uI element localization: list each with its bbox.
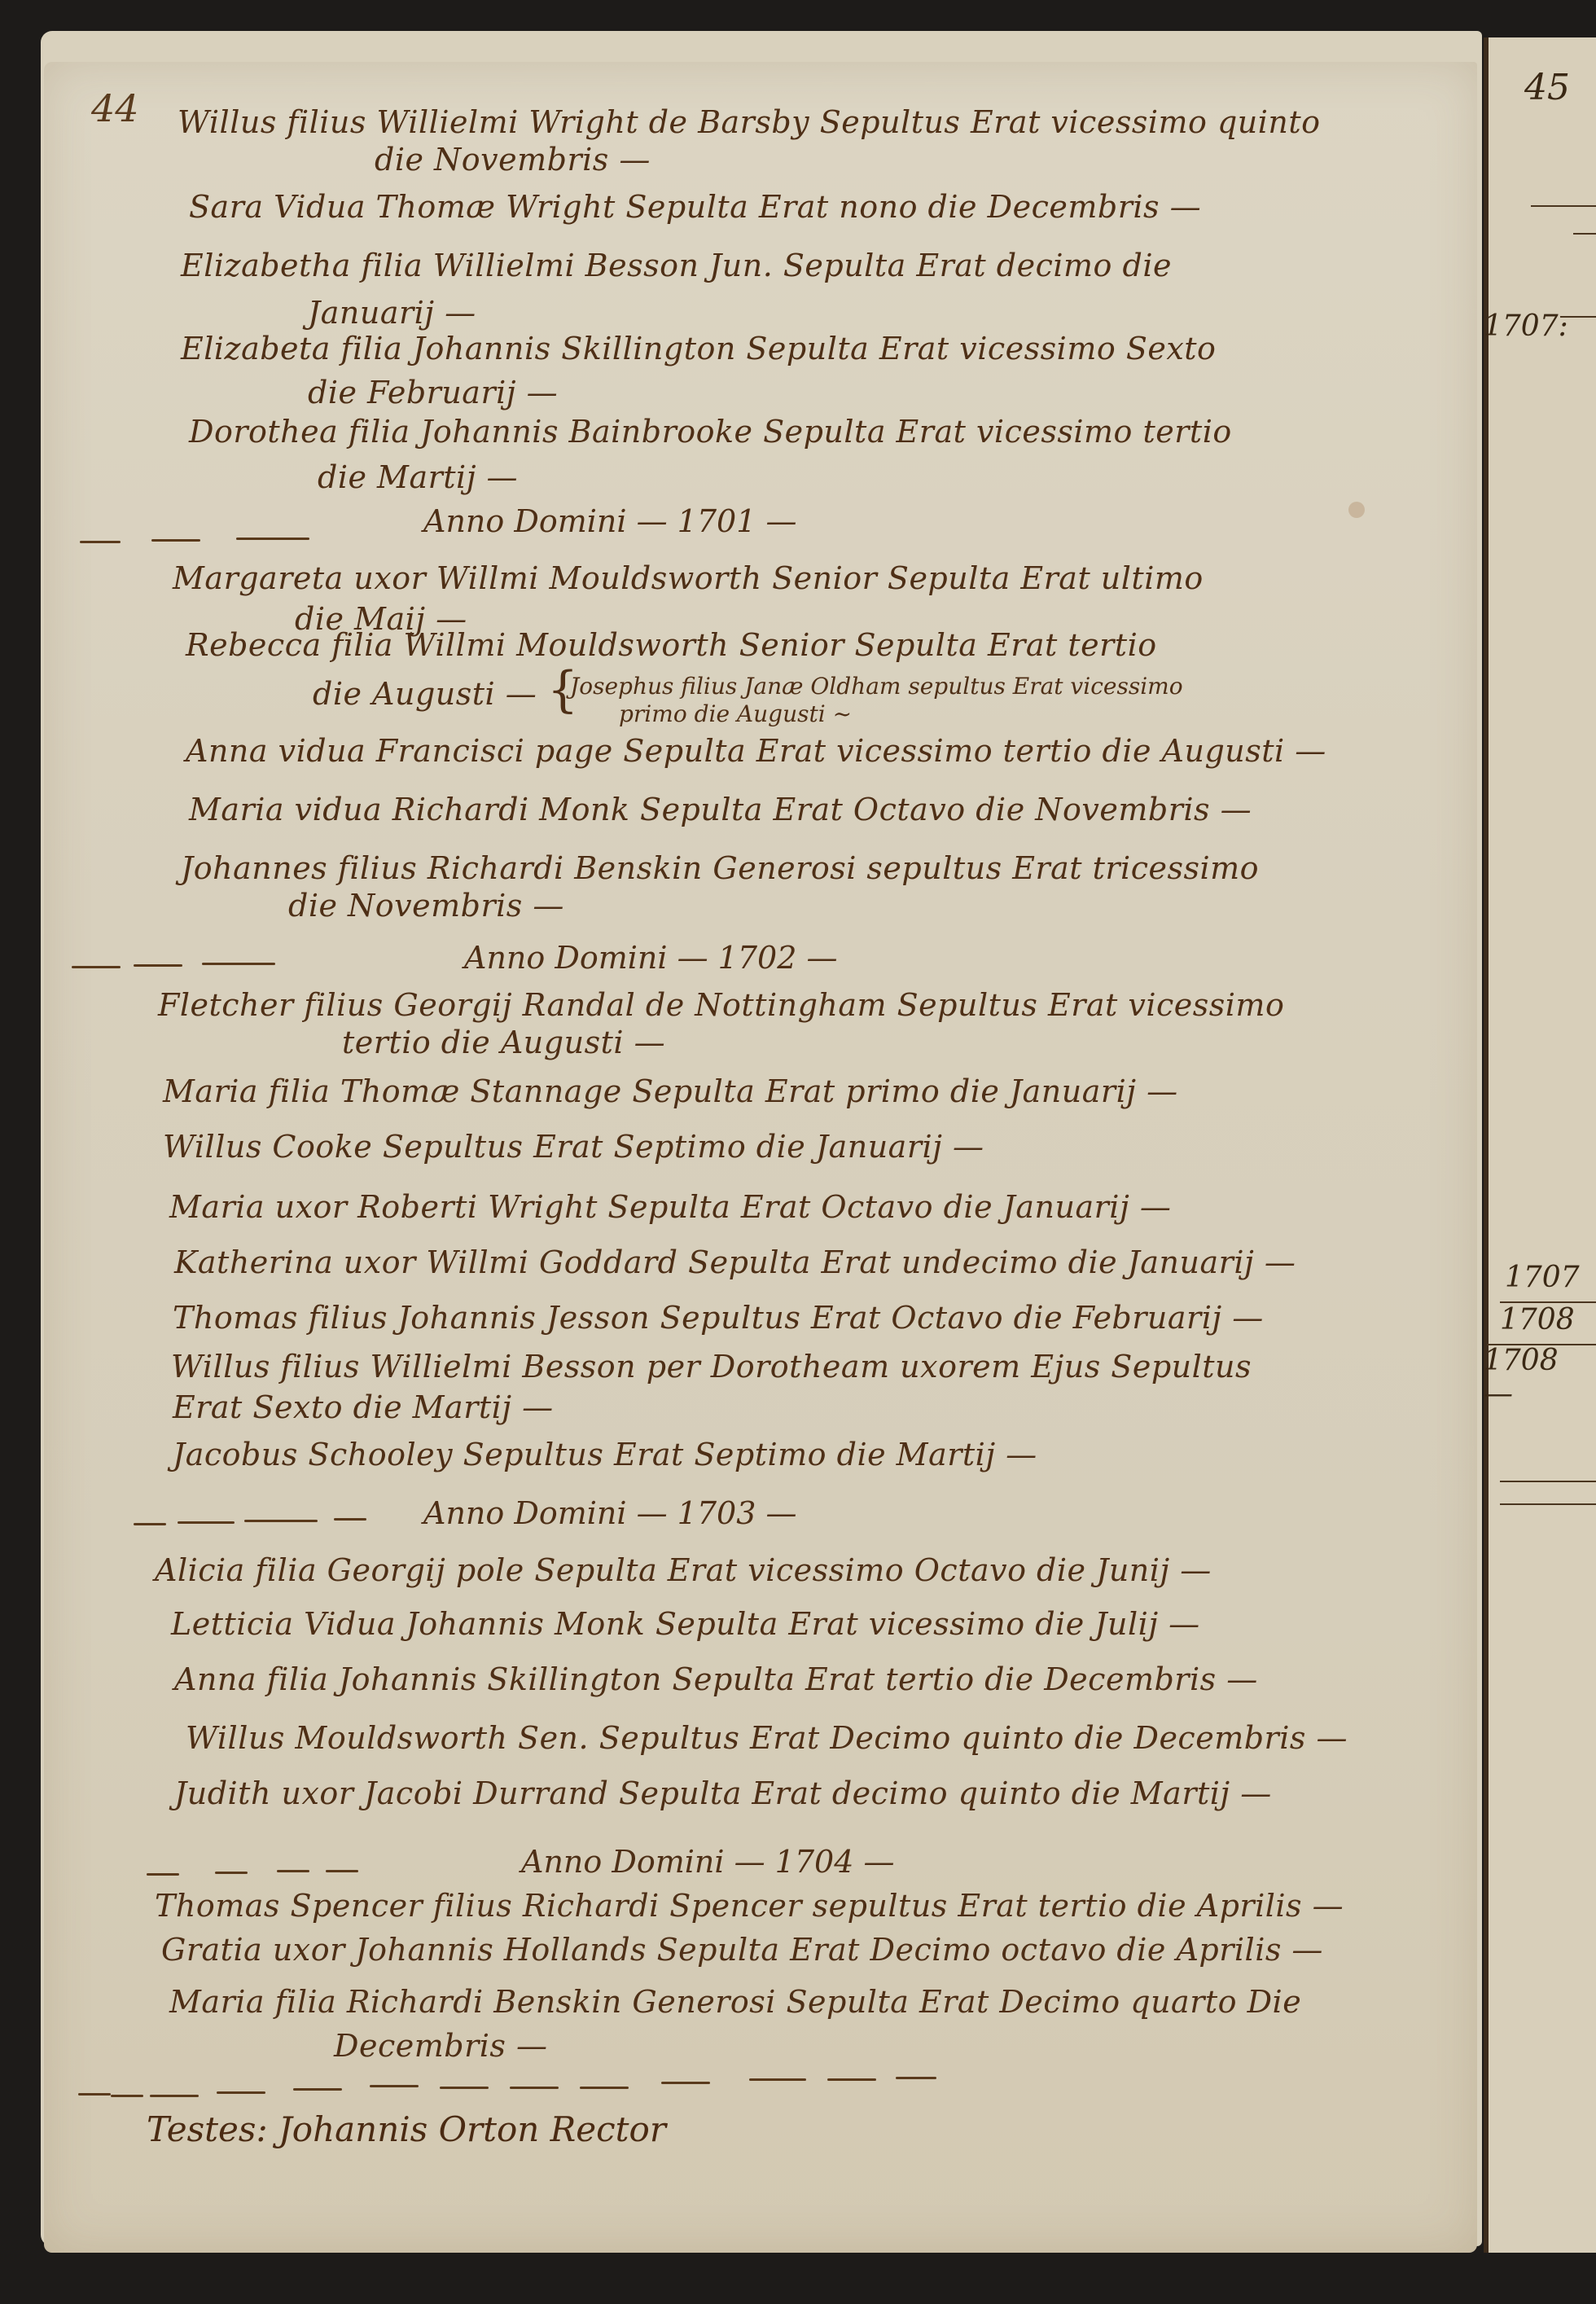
separator-dash [78, 2093, 111, 2096]
folio-number: 44 [91, 86, 139, 130]
entry-line: Elizabetha filia Willielmi Besson Jun. S… [181, 248, 1172, 283]
separator-dash [72, 966, 121, 968]
separator-dash [661, 2082, 710, 2084]
entry-line: Erat Sexto die Martij — [173, 1389, 554, 1425]
rule [1500, 1503, 1596, 1505]
entry-line: Jacobus Schooley Sepultus Erat Septimo d… [173, 1437, 1037, 1472]
year-heading-1704: Anno Domini — 1704 — [521, 1844, 894, 1880]
separator-dash [896, 2077, 936, 2079]
right-year-1707b: 1707 [1505, 1261, 1580, 1294]
separator-dash [510, 2087, 559, 2089]
separator-dash [580, 2087, 629, 2089]
separator-dash [334, 1518, 366, 1521]
entry-line: Elizabeta filia Johannis Skillington Sep… [181, 331, 1216, 366]
right-year-1708a: 1708 [1500, 1303, 1575, 1336]
separator-dash [134, 1523, 166, 1525]
entry-line: Alicia filia Georgij pole Sepulta Erat v… [155, 1552, 1212, 1588]
entry-line: Willus filius Willielmi Wright de Barsby… [178, 104, 1321, 140]
facing-page-edge [1484, 37, 1596, 2253]
entry-line: Willus Cooke Sepultus Erat Septimo die J… [163, 1129, 984, 1165]
separator-dash [827, 2078, 876, 2081]
separator-dash [150, 2095, 199, 2097]
entry-line: Decembris — [334, 2028, 547, 2064]
right-year-1707a: 1707: [1484, 309, 1568, 343]
entry-line: Willus Mouldsworth Sen. Sepultus Erat De… [186, 1720, 1348, 1756]
year-heading-1701: Anno Domini — 1701 — [423, 503, 796, 539]
entry-line: Rebecca filia Willmi Mouldsworth Senior … [186, 627, 1157, 663]
entry-line: Willus filius Willielmi Besson per Dorot… [171, 1349, 1252, 1385]
entry-line: Margareta uxor Willmi Mouldsworth Senior… [173, 560, 1204, 596]
entry-line: Anna filia Johannis Skillington Sepulta … [174, 1661, 1258, 1697]
entry-line: Thomas filius Johannis Jesson Sepultus E… [173, 1300, 1264, 1336]
entry-line: Anna vidua Francisci page Sepulta Erat v… [186, 733, 1326, 769]
entry-line: Dorothea filia Johannis Bainbrooke Sepul… [189, 414, 1232, 450]
right-year-1708b: 1708 — [1484, 1344, 1596, 1411]
separator-dash [202, 963, 275, 965]
entry-line: Maria filia Richardi Benskin Generosi Se… [169, 1984, 1301, 2020]
year-heading-1703: Anno Domini — 1703 — [423, 1495, 796, 1531]
entry-line: Maria filia Thomæ Stannage Sepulta Erat … [163, 1073, 1178, 1109]
rule [1500, 1481, 1596, 1482]
entry-line: die Februarij — [308, 375, 558, 410]
rector-signature: Testes: Johannis Orton Rector [147, 2109, 666, 2149]
separator-dash [80, 541, 121, 543]
separator-dash [215, 1872, 248, 1874]
entry-line: Johannes filius Richardi Benskin Generos… [181, 850, 1259, 886]
entry-line: Sara Vidua Thomæ Wright Sepulta Erat non… [189, 189, 1201, 225]
right-folio-number: 45 [1524, 67, 1570, 108]
entry-line: Januarij — [308, 295, 476, 331]
separator-dash [151, 539, 200, 542]
marginal-note: primo die Augusti ~ [619, 700, 852, 727]
entry-line: die Novembris — [288, 888, 564, 924]
entry-line: Maria uxor Roberti Wright Sepulta Erat O… [169, 1189, 1171, 1225]
separator-dash [293, 2088, 342, 2091]
separator-dash [178, 1521, 235, 1524]
separator-dash [217, 2091, 265, 2094]
separator-dash [244, 1520, 318, 1522]
separator-dash [277, 1870, 309, 1872]
entry-line: Maria vidua Richardi Monk Sepulta Erat O… [189, 792, 1252, 827]
entry-line: die Augusti — [313, 676, 537, 712]
entry-line: Katherina uxor Willmi Goddard Sepulta Er… [174, 1244, 1296, 1280]
marginal-note: Josephus filius Janæ Oldham sepultus Era… [570, 673, 1183, 700]
entry-line: Thomas Spencer filius Richardi Spencer s… [155, 1888, 1344, 1924]
rule [1573, 233, 1596, 235]
rule [1531, 205, 1596, 207]
year-heading-1702: Anno Domini — 1702 — [464, 940, 837, 976]
entry-line: Gratia uxor Johannis Hollands Sepulta Er… [161, 1932, 1323, 1968]
separator-dash [440, 2087, 489, 2089]
separator-dash [370, 2085, 419, 2087]
separator-dash [749, 2078, 806, 2081]
entry-line: Letticia Vidua Johannis Monk Sepulta Era… [171, 1606, 1200, 1642]
entry-line: die Martij — [318, 459, 518, 495]
separator-dash [134, 964, 182, 967]
separator-dash [326, 1870, 358, 1872]
entry-line: Judith uxor Jacobi Durrand Sepulta Erat … [174, 1775, 1272, 1811]
entry-line: Fletcher filius Georgij Randal de Nottin… [158, 987, 1284, 1023]
separator-dash [147, 1873, 179, 1876]
ink-blot [1348, 502, 1365, 518]
separator-dash [236, 538, 309, 540]
entry-line: tertio die Augusti — [342, 1025, 665, 1060]
separator-dash [111, 2095, 143, 2097]
entry-line: die Novembris — [375, 142, 651, 178]
